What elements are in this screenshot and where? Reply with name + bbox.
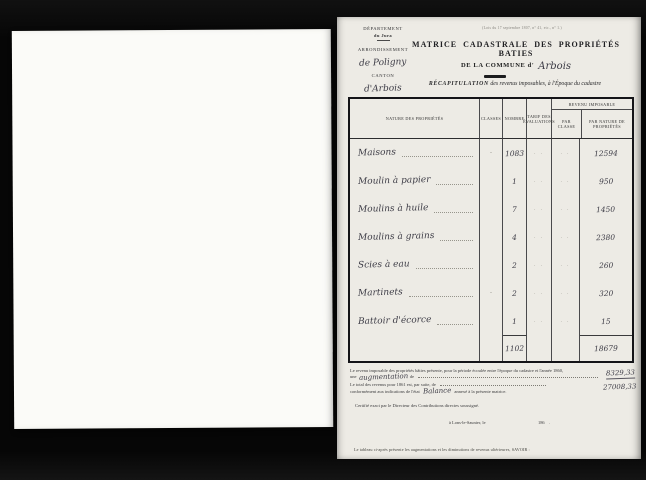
row-tarif: [527, 279, 552, 307]
row-revenu-value: 1450: [596, 204, 615, 213]
row-nature: Battoir d'écorce: [350, 307, 480, 335]
row-nombre: 2: [503, 279, 527, 307]
blank-left-page: [12, 29, 333, 429]
row-revenu: 260: [580, 251, 632, 279]
bottom-note: Le tableau ci-après présente les augment…: [354, 447, 628, 452]
row-revenu-value: 320: [599, 288, 614, 297]
row-classes: [480, 195, 503, 223]
row-nombre-value: 2: [512, 288, 517, 297]
row-nature-label: Scies à eau: [358, 259, 410, 270]
footer-etat-handwritten: Balance: [423, 389, 451, 394]
row-par-classe: [552, 139, 580, 167]
commune-label: DE LA COMMUNE d': [461, 62, 534, 69]
col-header-par-classe: Par classe: [552, 110, 582, 138]
total-row-spacer: [480, 335, 503, 361]
row-revenu-value: 2380: [596, 232, 615, 241]
footer-augmentation-handwritten: augmentation: [358, 374, 407, 380]
row-nombre-value: 1: [512, 176, 517, 185]
row-revenu-value: 15: [601, 316, 611, 325]
row-classes: [480, 251, 503, 279]
row-nombre-value: 7: [512, 204, 517, 213]
row-nombre: 4: [503, 223, 527, 251]
row-nature: Maisons: [350, 139, 480, 167]
row-revenu: 12594: [580, 139, 632, 167]
dotted-leader: [418, 377, 598, 378]
row-revenu: 950: [580, 167, 632, 195]
row-nature-label: Martinets: [358, 287, 403, 298]
row-revenu: 1450: [580, 195, 632, 223]
col-header-revenu-subrow: Par classe Par nature de propriétés: [552, 110, 632, 138]
row-nombre: 7: [503, 195, 527, 223]
dotted-leader: [436, 184, 473, 185]
row-classes: [480, 279, 503, 307]
row-nature-label: Maisons: [358, 148, 396, 159]
row-nombre-value: 4: [512, 232, 517, 241]
row-revenu: 2380: [580, 223, 632, 251]
divider-ornament: [484, 75, 506, 78]
footer-line3: conformément aux indications de l'état B…: [350, 389, 620, 394]
row-par-classe: [552, 307, 580, 335]
departement-value: du Jura: [343, 33, 423, 38]
row-classes: [480, 139, 503, 167]
row-par-classe: [552, 251, 580, 279]
row-tarif: [527, 167, 552, 195]
total-nombre-cell: 1102: [503, 335, 527, 361]
row-par-classe: [552, 223, 580, 251]
row-nombre: 1: [503, 307, 527, 335]
total-row-spacer: [527, 335, 552, 361]
dotted-leader: [440, 240, 473, 241]
row-nature-label: Battoir d'écorce: [358, 315, 432, 327]
row-classes: [480, 223, 503, 251]
row-tarif: [527, 195, 552, 223]
dotted-leader: [409, 296, 473, 297]
row-tarif: [527, 307, 552, 335]
col-header-par-nature: Par nature de propriétés: [582, 110, 632, 138]
footer-line2-text: Le total des revenus pour 1861 est, par …: [350, 382, 436, 387]
row-nature-label: Moulins à grains: [358, 231, 435, 243]
dotted-leader: [440, 385, 546, 386]
certification-line: Certifié exact par le Directeur des Cont…: [355, 403, 479, 408]
recap-subtitle: RÉCAPITULATION des revenus imposables, à…: [387, 81, 643, 87]
row-nature: Scies à eau: [350, 251, 480, 279]
row-tarif: [527, 223, 552, 251]
augmentation-amount-handwritten: 8329,33: [606, 368, 635, 379]
commune-handwritten-value: Arbois: [538, 61, 571, 72]
col-header-classes: Classes: [480, 99, 503, 139]
row-tarif: [527, 139, 552, 167]
row-revenu-value: 12594: [594, 148, 618, 158]
row-nombre-value: 1: [512, 316, 517, 325]
dotted-leader: [437, 324, 473, 325]
row-nombre: 1083: [503, 139, 527, 167]
divider-rule: [377, 40, 390, 41]
year-line: 186 .: [538, 420, 550, 425]
row-nombre: 1: [503, 167, 527, 195]
row-revenu: 15: [580, 307, 632, 335]
row-classes: [480, 167, 503, 195]
law-reference: (Lois du 17 septembre 1807, n° 41, etc.,…: [459, 26, 585, 30]
dotted-leader: [416, 268, 473, 269]
row-nature: Martinets: [350, 279, 480, 307]
commune-line: DE LA COMMUNE d' Arbois: [395, 56, 637, 74]
row-tarif: [527, 251, 552, 279]
footer-line1b: une augmentation de: [350, 374, 602, 379]
row-nature: Moulins à grains: [350, 223, 480, 251]
scanned-register-page: DÉPARTEMENT du Jura ARRONDISSEMENT de Po…: [0, 0, 646, 480]
footer-line1b-text: une: [350, 374, 357, 379]
col-header-nature: Nature des propriétés: [350, 99, 480, 139]
row-revenu: 320: [580, 279, 632, 307]
recap-subtitle-rest: des revenus imposables, à l'Époque du ca…: [490, 81, 601, 87]
footer-line3-text-a: conformément aux indications de l'état: [350, 389, 420, 394]
total-row-spacer: [552, 335, 580, 361]
row-nombre: 2: [503, 251, 527, 279]
recap-table: Nature des propriétés Classes Nombre Tar…: [348, 97, 634, 363]
row-par-classe: [552, 195, 580, 223]
row-nature: Moulin à papier: [350, 167, 480, 195]
dotted-leader: [402, 156, 473, 157]
row-nature: Moulins à huile: [350, 195, 480, 223]
row-nombre-value: 1083: [505, 148, 524, 157]
row-nature-label: Moulin à papier: [358, 175, 431, 187]
row-classes: [480, 307, 503, 335]
col-header-revenu-label: Revenu imposable: [552, 99, 632, 110]
departement-label: DÉPARTEMENT: [343, 26, 423, 31]
footer-line3-text-b: annexé à la présente matrice.: [454, 389, 506, 394]
total-nombre-value: 1102: [505, 344, 524, 353]
row-nature-label: Moulins à huile: [358, 203, 429, 215]
footer-line1c-text: de: [410, 374, 414, 379]
col-header-tarif: Tarif des évaluations: [527, 99, 552, 139]
col-header-revenu-group: Revenu imposable Par classe Par nature d…: [552, 99, 632, 139]
row-revenu-value: 260: [599, 260, 614, 269]
total-revenu-cell: 18679: [580, 335, 632, 361]
place-date-line: à Lons-le-Saunier, le: [449, 420, 486, 425]
row-par-classe: [552, 167, 580, 195]
total-row-spacer: [350, 335, 480, 361]
row-nombre-value: 2: [512, 260, 517, 269]
total-revenu-value: 18679: [594, 344, 618, 354]
dotted-leader: [434, 212, 473, 213]
row-par-classe: [552, 279, 580, 307]
row-revenu-value: 950: [599, 176, 614, 185]
recap-subtitle-lead: RÉCAPITULATION: [429, 81, 489, 87]
document-page: DÉPARTEMENT du Jura ARRONDISSEMENT de Po…: [337, 17, 641, 459]
